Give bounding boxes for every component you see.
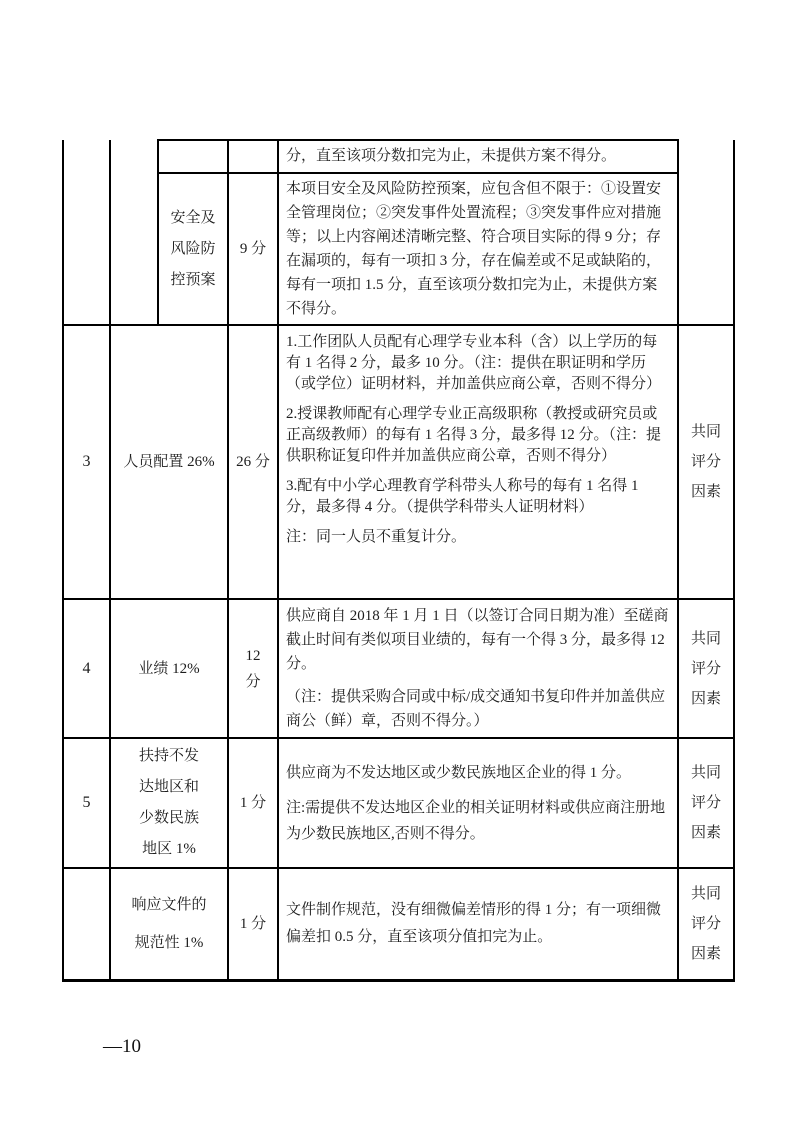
- score-value: 12 分: [228, 599, 278, 738]
- table-row-underdeveloped-region: 5 扶持不发 达地区和 少数民族 地区 1% 1 分 供应商为不发达地区或少数民…: [63, 738, 734, 868]
- document-page: 分，直至该项分数扣完为止，未提供方案不得分。 安全及 风险防 控预案 9 分 本…: [0, 0, 794, 1123]
- criteria-paragraph: 注：同一人员不重复计分。: [286, 527, 670, 548]
- criteria-paragraph: 供应商自 2018 年 1 月 1 日（以签订合同日期为准）至磋商截止时间有类似…: [286, 604, 670, 676]
- table-row-performance: 4 业绩 12% 12 分 供应商自 2018 年 1 月 1 日（以签订合同日…: [63, 599, 734, 738]
- criteria-paragraph: 2.授课教师配有心理学专业正高级职称（教授或研究员或正高级教师）的每有 1 名得…: [286, 404, 670, 467]
- row-seq: 4: [63, 599, 110, 738]
- criteria-text: 供应商为不发达地区或少数民族地区企业的得 1 分。 注:需提供不发达地区企业的相…: [278, 738, 678, 868]
- seq-cell-continued: [63, 140, 110, 325]
- score-value: 9 分: [228, 173, 278, 325]
- score-value: 26 分: [228, 325, 278, 599]
- score-value: 1 分: [228, 868, 278, 980]
- table-row-safety-plan: 安全及 风险防 控预案 9 分 本项目安全及风险防控预案，应包含但不限于：①设置…: [63, 173, 734, 325]
- criteria-text: 本项目安全及风险防控预案，应包含但不限于：①设置安全管理岗位；②突发事件处置流程…: [278, 173, 678, 325]
- factor-label: 共同 评分 因素: [678, 599, 734, 738]
- row-seq: 3: [63, 325, 110, 599]
- criteria-paragraph: 供应商为不发达地区或少数民族地区企业的得 1 分。: [286, 760, 670, 786]
- item-label: 人员配置 26%: [110, 325, 228, 599]
- row-seq-empty: [63, 868, 110, 980]
- score-cell-empty: [228, 140, 278, 173]
- table-row-staffing: 3 人员配置 26% 26 分 1.工作团队人员配有心理学专业本科（含）以上学历…: [63, 325, 734, 599]
- item-label: 响应文件的 规范性 1%: [110, 868, 228, 980]
- factor-label: 共同 评分 因素: [678, 738, 734, 868]
- score-value: 1 分: [228, 738, 278, 868]
- factor-label: 共同 评分 因素: [678, 868, 734, 980]
- table-row-continued: 分，直至该项分数扣完为止，未提供方案不得分。: [63, 140, 734, 173]
- item-label: 扶持不发 达地区和 少数民族 地区 1%: [110, 738, 228, 868]
- criteria-paragraph: 3.配有中小学心理教育学科带头人称号的每有 1 名得 1 分，最多得 4 分。（…: [286, 476, 670, 518]
- criteria-cell: 分，直至该项分数扣完为止，未提供方案不得分。: [278, 140, 678, 173]
- criteria-paragraph: 1.工作团队人员配有心理学专业本科（含）以上学历的每有 1 名得 2 分，最多 …: [286, 332, 670, 395]
- criteria-paragraph: 注:需提供不发达地区企业的相关证明材料或供应商注册地为少数民族地区,否则不得分。: [286, 795, 670, 847]
- criteria-text: 1.工作团队人员配有心理学专业本科（含）以上学历的每有 1 名得 2 分，最多 …: [278, 325, 678, 599]
- factor-cell-continued: [678, 140, 734, 325]
- factor-label: 共同 评分 因素: [678, 325, 734, 599]
- criteria-paragraph: （注：提供采购合同或中标/成交通知书复印件并加盖供应商公（鲜）章，否则不得分。）: [286, 685, 670, 733]
- item-cell-continued: [110, 140, 158, 325]
- criteria-text: 文件制作规范，没有细微偏差情形的得 1 分；有一项细微偏差扣 0.5 分，直至该…: [278, 868, 678, 980]
- criteria-text: 供应商自 2018 年 1 月 1 日（以签订合同日期为准）至磋商截止时间有类似…: [278, 599, 678, 738]
- item-label: 业绩 12%: [110, 599, 228, 738]
- row-seq: 5: [63, 738, 110, 868]
- subitem-cell-empty: [158, 140, 228, 173]
- evaluation-criteria-table: 分，直至该项分数扣完为止，未提供方案不得分。 安全及 风险防 控预案 9 分 本…: [62, 139, 735, 982]
- subitem-label: 安全及 风险防 控预案: [158, 173, 228, 325]
- page-number: —10: [103, 1036, 141, 1058]
- table-row-document-standard: 响应文件的 规范性 1% 1 分 文件制作规范，没有细微偏差情形的得 1 分；有…: [63, 868, 734, 980]
